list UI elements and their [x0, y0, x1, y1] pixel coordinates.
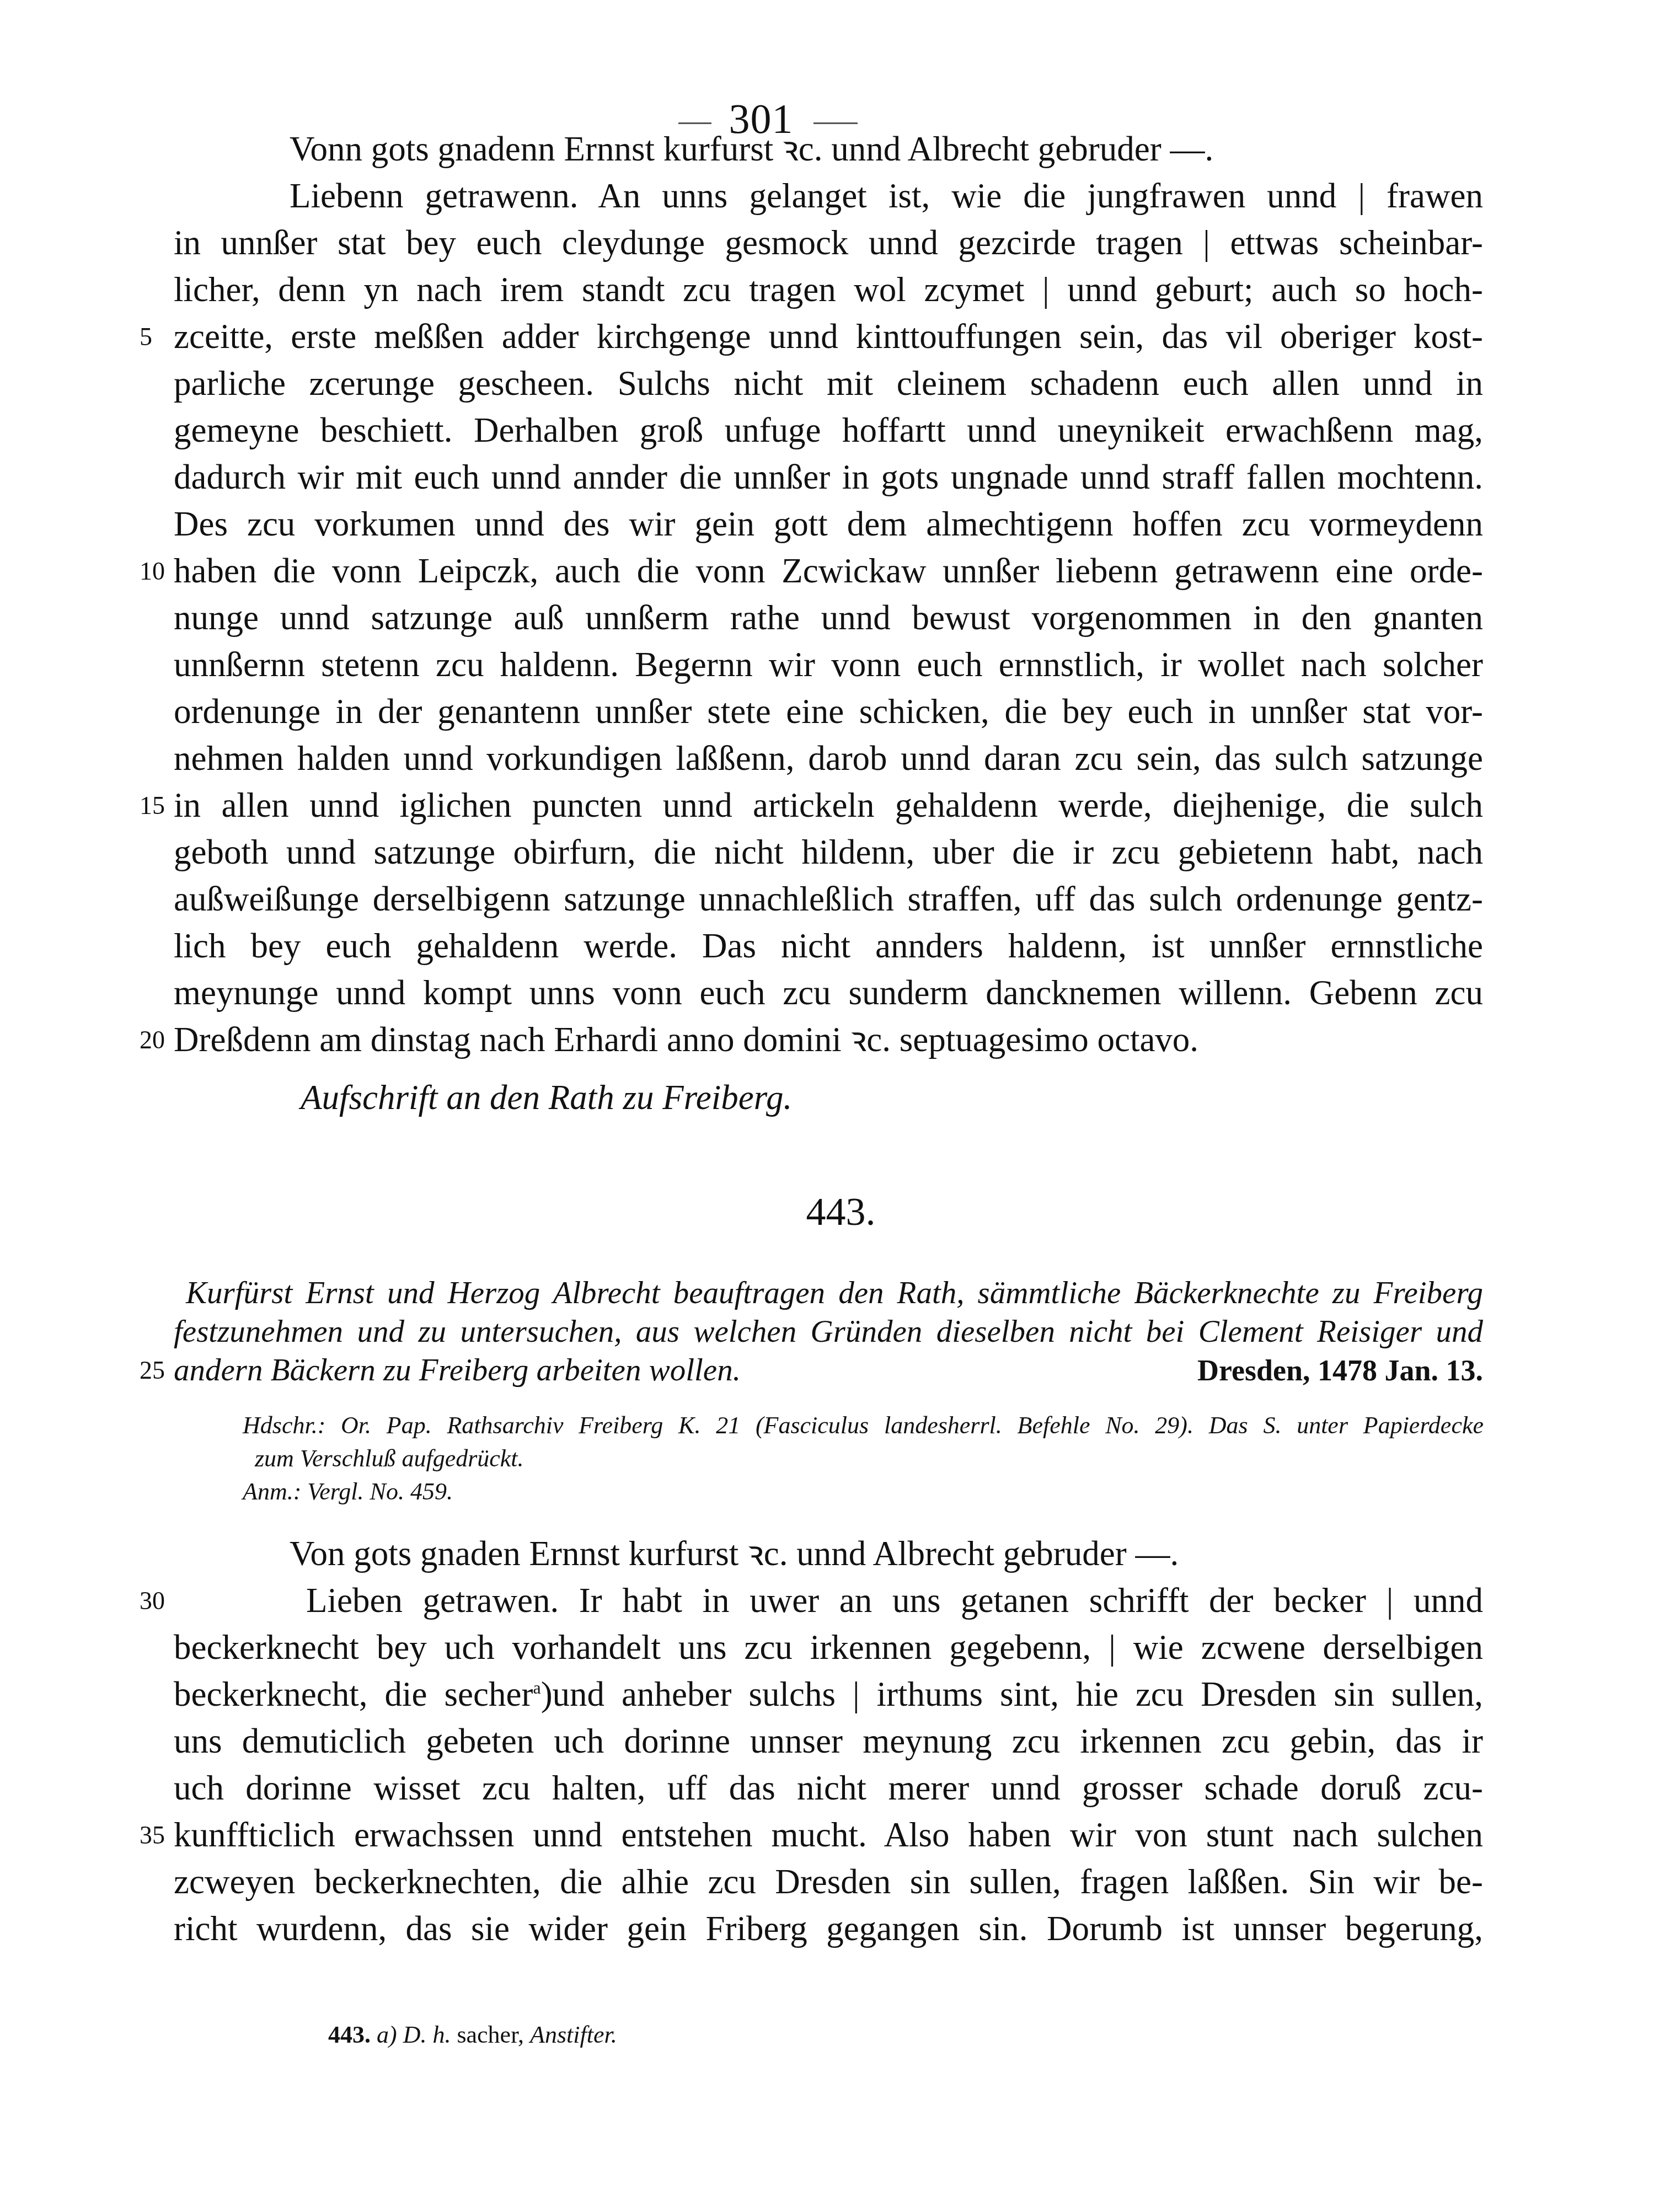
text-line: nehmen halden unnd vorkundigen laßßenn, … — [174, 735, 1483, 782]
line-text: zcweyen beckerknechten, die alhie zcu Dr… — [174, 1858, 1483, 1905]
place-date: Dresden, 1478 Jan. 13. — [1197, 1351, 1483, 1390]
text-line: nunge unnd satzunge auß unnßerm rathe un… — [174, 594, 1483, 641]
line-text: Kurfürst Ernst und Herzog Albrecht beauf… — [174, 1274, 1483, 1313]
footnote-doc-number: 443. — [328, 2021, 371, 2048]
line-text: parliche zcerunge gescheen. Sulchs nicht… — [174, 360, 1483, 407]
critical-apparatus: Hdschr.: Or. Pap. Rathsarchiv Freiberg K… — [243, 1409, 1484, 1508]
regest: Kurfürst Ernst und Herzog Albrecht beauf… — [174, 1274, 1483, 1390]
line-number: 35 — [140, 1812, 167, 1858]
line-text: Vonn gots gnadenn Ernnst kurfurst ꝛc. un… — [174, 126, 1483, 173]
line-text: geboth unnd satzunge obirfurn, die nicht… — [174, 829, 1483, 876]
note: Anm.: Vergl. No. 459. — [243, 1475, 1484, 1508]
line-text: festzunehmen und zu untersuchen, aus wel… — [174, 1313, 1483, 1351]
line-text: außweißunge derselbigenn satzunge unnach… — [174, 876, 1483, 923]
text-line: geboth unnd satzunge obirfurn, die nicht… — [174, 829, 1483, 876]
line-text: licher, denn yn nach irem standt zcu tra… — [174, 266, 1483, 313]
text-line: uch dorinne wisset zcu halten, uff das n… — [174, 1765, 1483, 1812]
text-line: festzunehmen und zu untersuchen, aus wel… — [174, 1313, 1483, 1351]
line-number: 25 — [140, 1351, 167, 1390]
line-text: unnßernn stetenn zcu haldenn. Begernn wi… — [174, 641, 1483, 688]
text-line: Liebenn getrawenn. An unns gelanget ist,… — [174, 173, 1483, 219]
text-line: gemeyne beschiett. Derhalben groß unfuge… — [174, 407, 1483, 454]
text-line: Von gots gnaden Ernnst kurfurst ꝛc. unnd… — [174, 1530, 1483, 1577]
footnote-abbr: D. h. — [403, 2021, 451, 2048]
line-number: 5 — [140, 313, 167, 360]
text-line: unnßernn stetenn zcu haldenn. Begernn wi… — [174, 641, 1483, 688]
text-line: lich bey euch gehaldenn werde. Das nicht… — [174, 923, 1483, 970]
text-line: 25andern Bäckern zu Freiberg arbeiten wo… — [174, 1351, 1483, 1390]
manuscript-source: Hdschr.: Or. Pap. Rathsarchiv Freiberg K… — [243, 1409, 1484, 1442]
line-text: uns demuticlich gebeten uch dorinne unns… — [174, 1718, 1483, 1765]
text-line: Vonn gots gnadenn Ernnst kurfurst ꝛc. un… — [174, 126, 1483, 173]
footnote-gloss: Anstifter. — [530, 2021, 617, 2048]
text-line: uns demuticlich gebeten uch dorinne unns… — [174, 1718, 1483, 1765]
text-line: beckerknecht bey uch vorhandelt uns zcu … — [174, 1624, 1483, 1671]
document-443-text: Von gots gnaden Ernnst kurfurst ꝛc. unnd… — [174, 1530, 1483, 1952]
line-number: 15 — [140, 782, 167, 829]
text-line: in unnßer stat bey euch cleydunge gesmoc… — [174, 219, 1483, 266]
line-text-post: )und anheber sulchs | irthums sint, hie … — [541, 1675, 1483, 1713]
text-line: Des zcu vorkumen unnd des wir gein gott … — [174, 501, 1483, 548]
manuscript-source-continued: zum Verschluß aufgedrückt. — [243, 1442, 1484, 1475]
line-text: kunffticlich erwachssen unnd entstehen m… — [174, 1812, 1483, 1858]
text-line: parliche zcerunge gescheen. Sulchs nicht… — [174, 360, 1483, 407]
line-text: lich bey euch gehaldenn werde. Das nicht… — [174, 923, 1483, 970]
footnote: 443. a) D. h. sacher, Anstifter. — [328, 2018, 617, 2052]
line-text: haben die vonn Leipczk, auch die vonn Zc… — [174, 548, 1483, 594]
text-line: meynunge unnd kompt unns vonn euch zcu s… — [174, 970, 1483, 1016]
letter-442-text: Vonn gots gnadenn Ernnst kurfurst ꝛc. un… — [174, 126, 1483, 1063]
address-text: Aufschrift an den Rath zu Freiberg. — [174, 1074, 1483, 1121]
text-line: 30Lieben getrawen. Ir habt in uwer an un… — [174, 1577, 1483, 1624]
header-rule-left — [678, 122, 711, 124]
line-text: in allen unnd iglichen puncten unnd arti… — [174, 782, 1483, 829]
line-text: Liebenn getrawenn. An unns gelanget ist,… — [174, 173, 1483, 219]
line-number: 30 — [140, 1577, 167, 1624]
line-text: nehmen halden unnd vorkundigen laßßenn, … — [174, 735, 1483, 782]
line-text: beckerknecht, die sechera)und anheber su… — [174, 1671, 1483, 1718]
text-line: 20Dreßdenn am dinstag nach Erhardi anno … — [174, 1016, 1483, 1063]
line-number: 10 — [140, 548, 167, 594]
text-line: beckerknecht, die sechera)und anheber su… — [174, 1671, 1483, 1718]
text-line: 10haben die vonn Leipczk, auch die vonn … — [174, 548, 1483, 594]
line-text: dadurch wir mit euch unnd annder die unn… — [174, 454, 1483, 501]
line-text: beckerknecht bey uch vorhandelt uns zcu … — [174, 1624, 1483, 1671]
line-text: Von gots gnaden Ernnst kurfurst ꝛc. unnd… — [174, 1530, 1483, 1577]
line-text-pre: beckerknecht, die secher — [174, 1675, 533, 1713]
line-text: Lieben getrawen. Ir habt in uwer an uns … — [174, 1577, 1483, 1624]
line-text: gemeyne beschiett. Derhalben groß unfuge… — [174, 407, 1483, 454]
line-text: uch dorinne wisset zcu halten, uff das n… — [174, 1765, 1483, 1812]
text-line: ordenunge in der genantenn unnßer stete … — [174, 688, 1483, 735]
text-line: richt wurdenn, das sie wider gein Friber… — [174, 1905, 1483, 1952]
header-rule-right — [813, 122, 858, 124]
line-text: zceitte, erste meßßen adder kirchgenge u… — [174, 313, 1483, 360]
text-line: 15in allen unnd iglichen puncten unnd ar… — [174, 782, 1483, 829]
line-text: ordenunge in der genantenn unnßer stete … — [174, 688, 1483, 735]
text-line: 5zceitte, erste meßßen adder kirchgenge … — [174, 313, 1483, 360]
text-line: 35kunffticlich erwachssen unnd entstehen… — [174, 1812, 1483, 1858]
footnote-marker: a) — [377, 2021, 397, 2048]
footnote-reference: a — [533, 1678, 540, 1697]
line-text: Dreßdenn am dinstag nach Erhardi anno do… — [174, 1016, 1483, 1063]
text-line: außweißunge derselbigenn satzunge unnach… — [174, 876, 1483, 923]
line-text: Des zcu vorkumen unnd des wir gein gott … — [174, 501, 1483, 548]
line-text: meynunge unnd kompt unns vonn euch zcu s… — [174, 970, 1483, 1016]
text-line: dadurch wir mit euch unnd annder die unn… — [174, 454, 1483, 501]
footnote-word: sacher, — [457, 2021, 524, 2048]
text-line: Kurfürst Ernst und Herzog Albrecht beauf… — [174, 1274, 1483, 1313]
line-number: 20 — [140, 1016, 167, 1063]
document-number: 443. — [0, 1188, 1654, 1235]
letter-442-address-block: Aufschrift an den Rath zu Freiberg. — [174, 1074, 1483, 1121]
address-line: Aufschrift an den Rath zu Freiberg. — [174, 1074, 1483, 1121]
line-text: richt wurdenn, das sie wider gein Friber… — [174, 1905, 1483, 1952]
line-text: in unnßer stat bey euch cleydunge gesmoc… — [174, 219, 1483, 266]
text-line: zcweyen beckerknechten, die alhie zcu Dr… — [174, 1858, 1483, 1905]
text-line: licher, denn yn nach irem standt zcu tra… — [174, 266, 1483, 313]
line-text: nunge unnd satzunge auß unnßerm rathe un… — [174, 594, 1483, 641]
